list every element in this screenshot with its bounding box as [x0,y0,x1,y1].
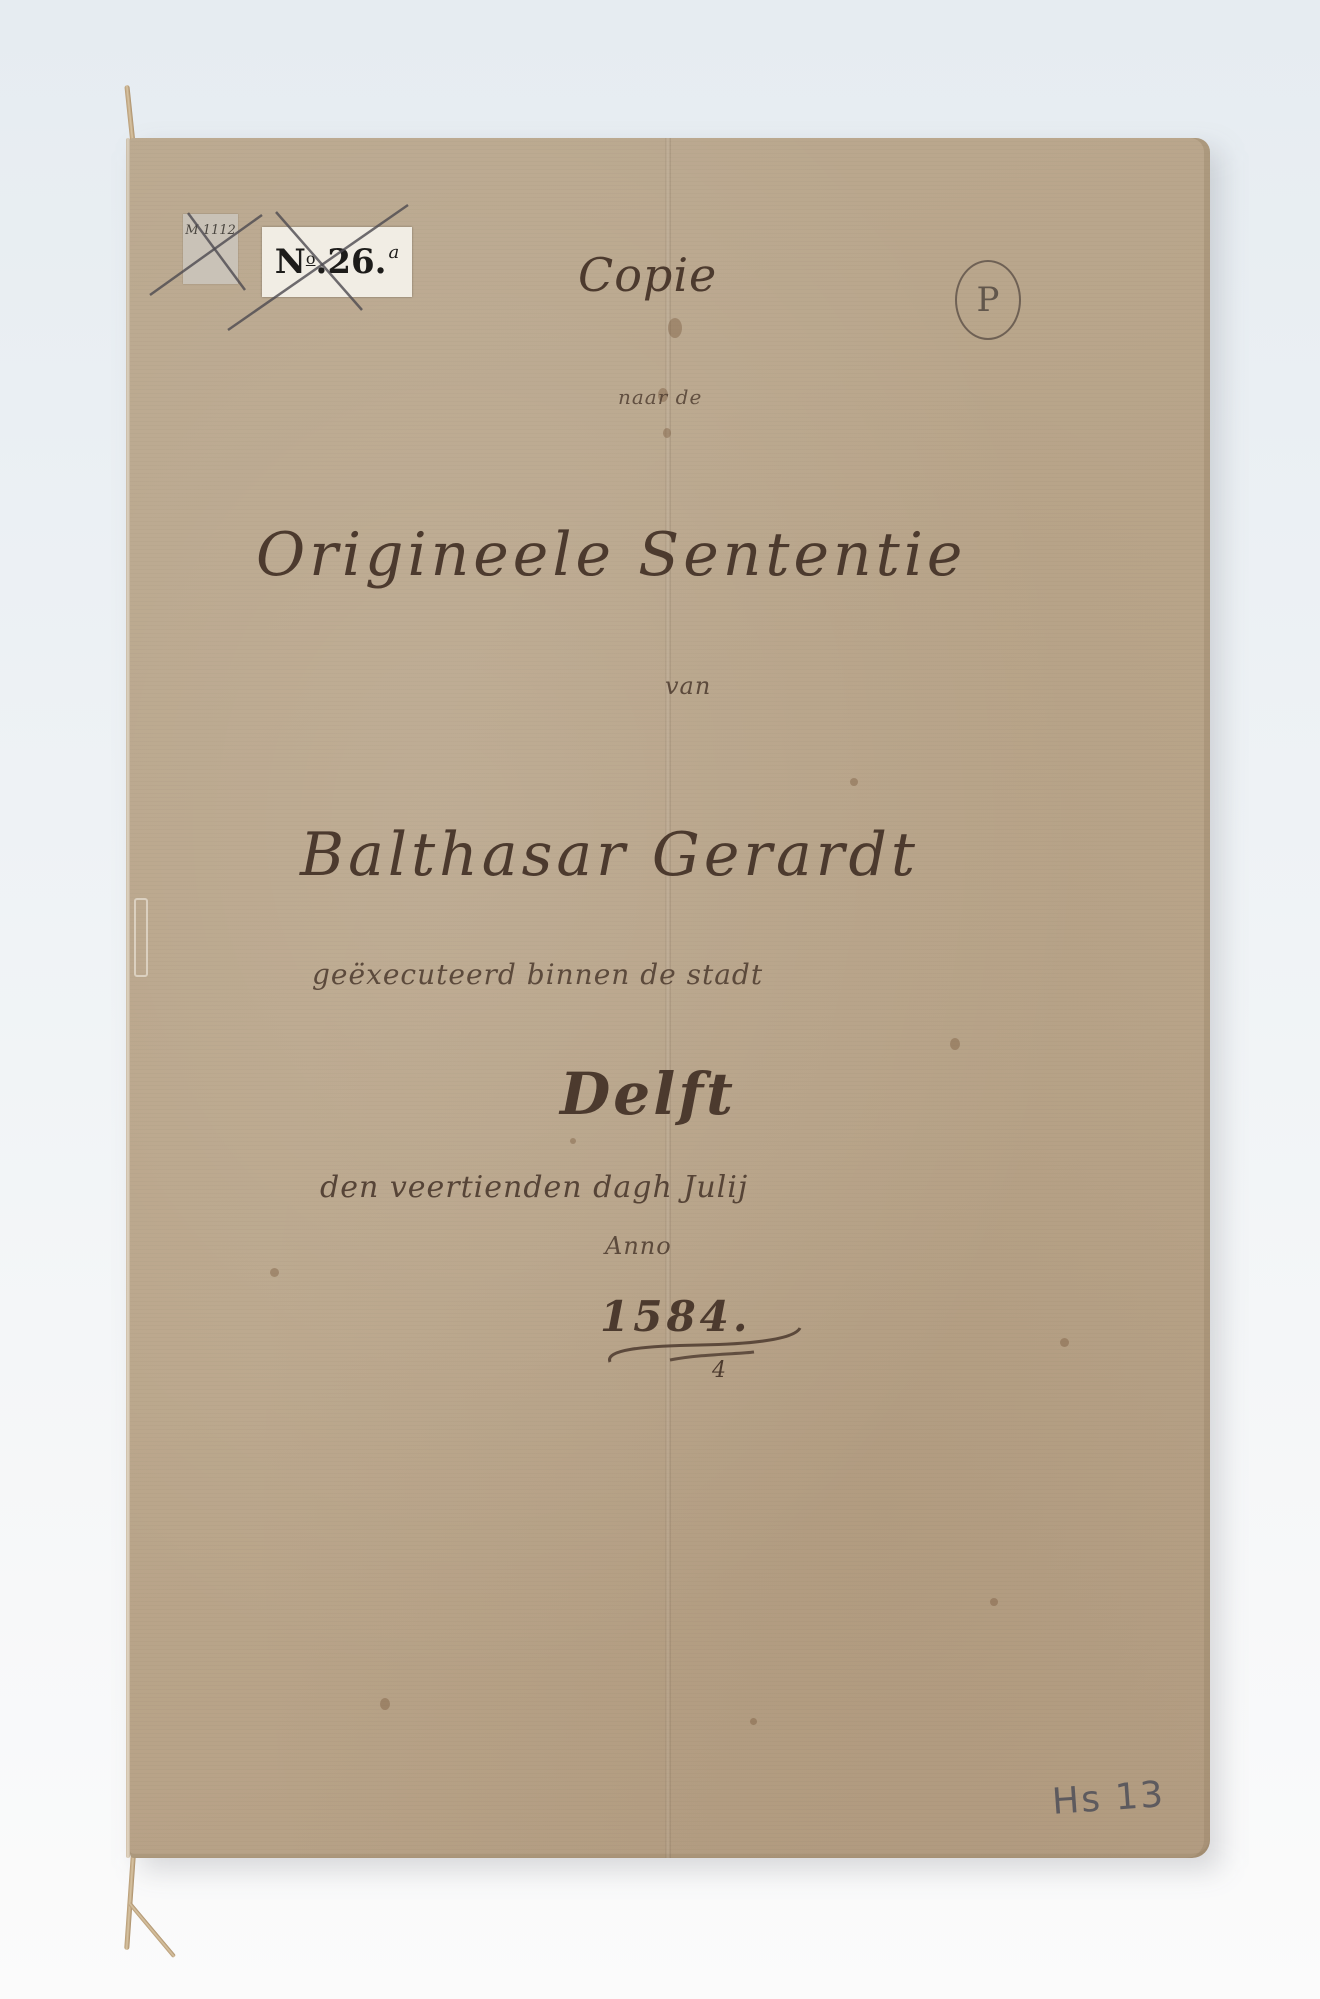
title-date-line: den veertienden dagh Julij [320,1170,748,1205]
title-naar-de: naar de [618,385,702,409]
number-label-suffix: a [388,242,399,263]
stain [570,1138,576,1144]
stain [750,1718,757,1725]
stain [668,318,682,338]
monogram-stamp-icon: P [955,260,1021,340]
stain [663,428,671,438]
title-name: Balthasar Gerardt [300,820,919,890]
title-year: 1584. [600,1292,752,1341]
stain [1060,1338,1069,1347]
title-anno: Anno [605,1232,672,1260]
stain [990,1598,998,1606]
title-executed-line: geëxecuteerd binnen de stadt [312,958,763,991]
folio-mark: 4 [712,1358,727,1383]
binding-string-edge [126,138,130,1858]
number-label-o: o [306,249,316,268]
title-van: van [665,672,711,700]
stain [380,1698,390,1710]
edge-tab [134,898,148,977]
small-catalog-label: M 1112 [183,214,238,284]
title-copie: Copie [578,248,717,302]
stain [270,1268,279,1277]
number-label-number: .26. [315,242,386,282]
stain [850,778,858,786]
number-label-prefix: N [275,242,306,282]
title-origineele-sententie: Origineele Sententie [256,520,966,590]
title-delft: Delft [560,1060,736,1128]
shelf-mark: Hs 13 [1051,1774,1167,1823]
binding-string-tail [128,1902,176,1958]
number-label: No.26.a [262,227,412,297]
stain [950,1038,960,1050]
